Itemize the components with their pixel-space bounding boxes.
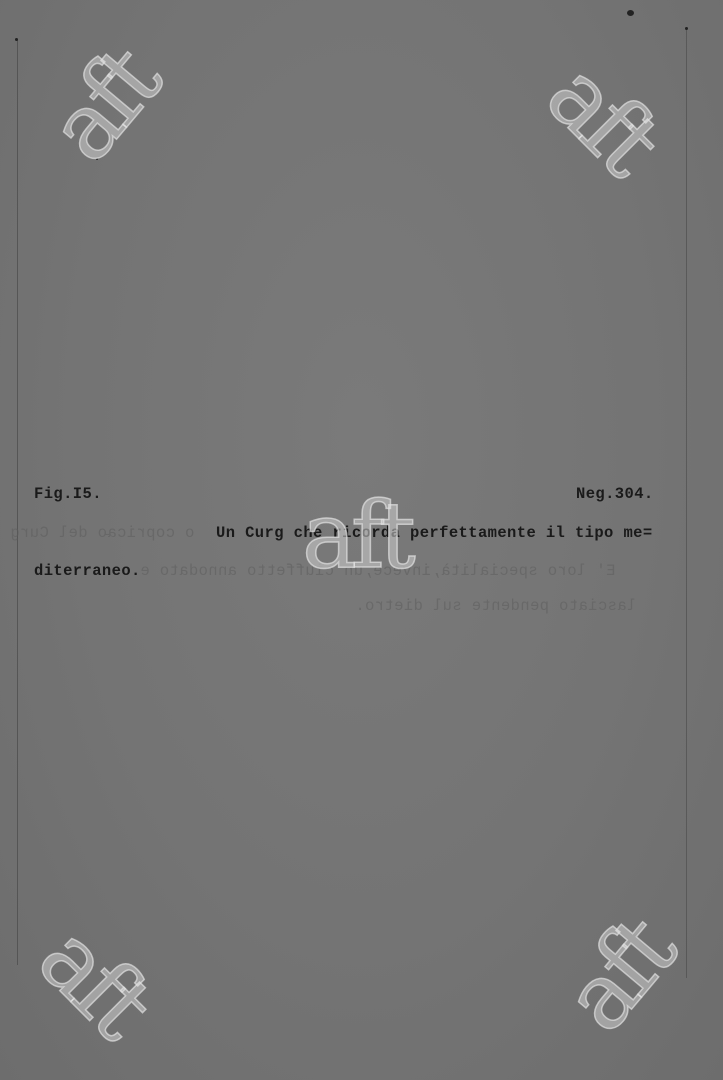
page-edge-right bbox=[686, 28, 687, 978]
watermark-top-left: aft bbox=[34, 35, 174, 177]
dust-speck bbox=[627, 10, 634, 16]
watermark-top-right: aft bbox=[531, 47, 672, 188]
watermark-bottom-left: aft bbox=[23, 910, 164, 1051]
bleed-through-line-3: lasciato pendente sul dietro. bbox=[355, 597, 636, 615]
page-edge-left bbox=[17, 40, 18, 965]
watermark-center: aft bbox=[302, 490, 410, 582]
caption-line-2: diterraneo. bbox=[34, 562, 141, 580]
negative-label: Neg.304. bbox=[576, 485, 654, 503]
bleed-through-line-1: o coprica̵o del Curg bbox=[10, 524, 194, 542]
dust-speck bbox=[15, 38, 18, 41]
dust-speck bbox=[685, 27, 688, 30]
watermark-bottom-right: aft bbox=[549, 905, 689, 1047]
figure-label: Fig.I5. bbox=[34, 485, 102, 503]
scanned-page: o coprica̵o del Curg E' loro specialità,… bbox=[0, 0, 723, 1080]
caption-line-1: Un Curg che ricorda perfettamente il tip… bbox=[216, 524, 653, 542]
